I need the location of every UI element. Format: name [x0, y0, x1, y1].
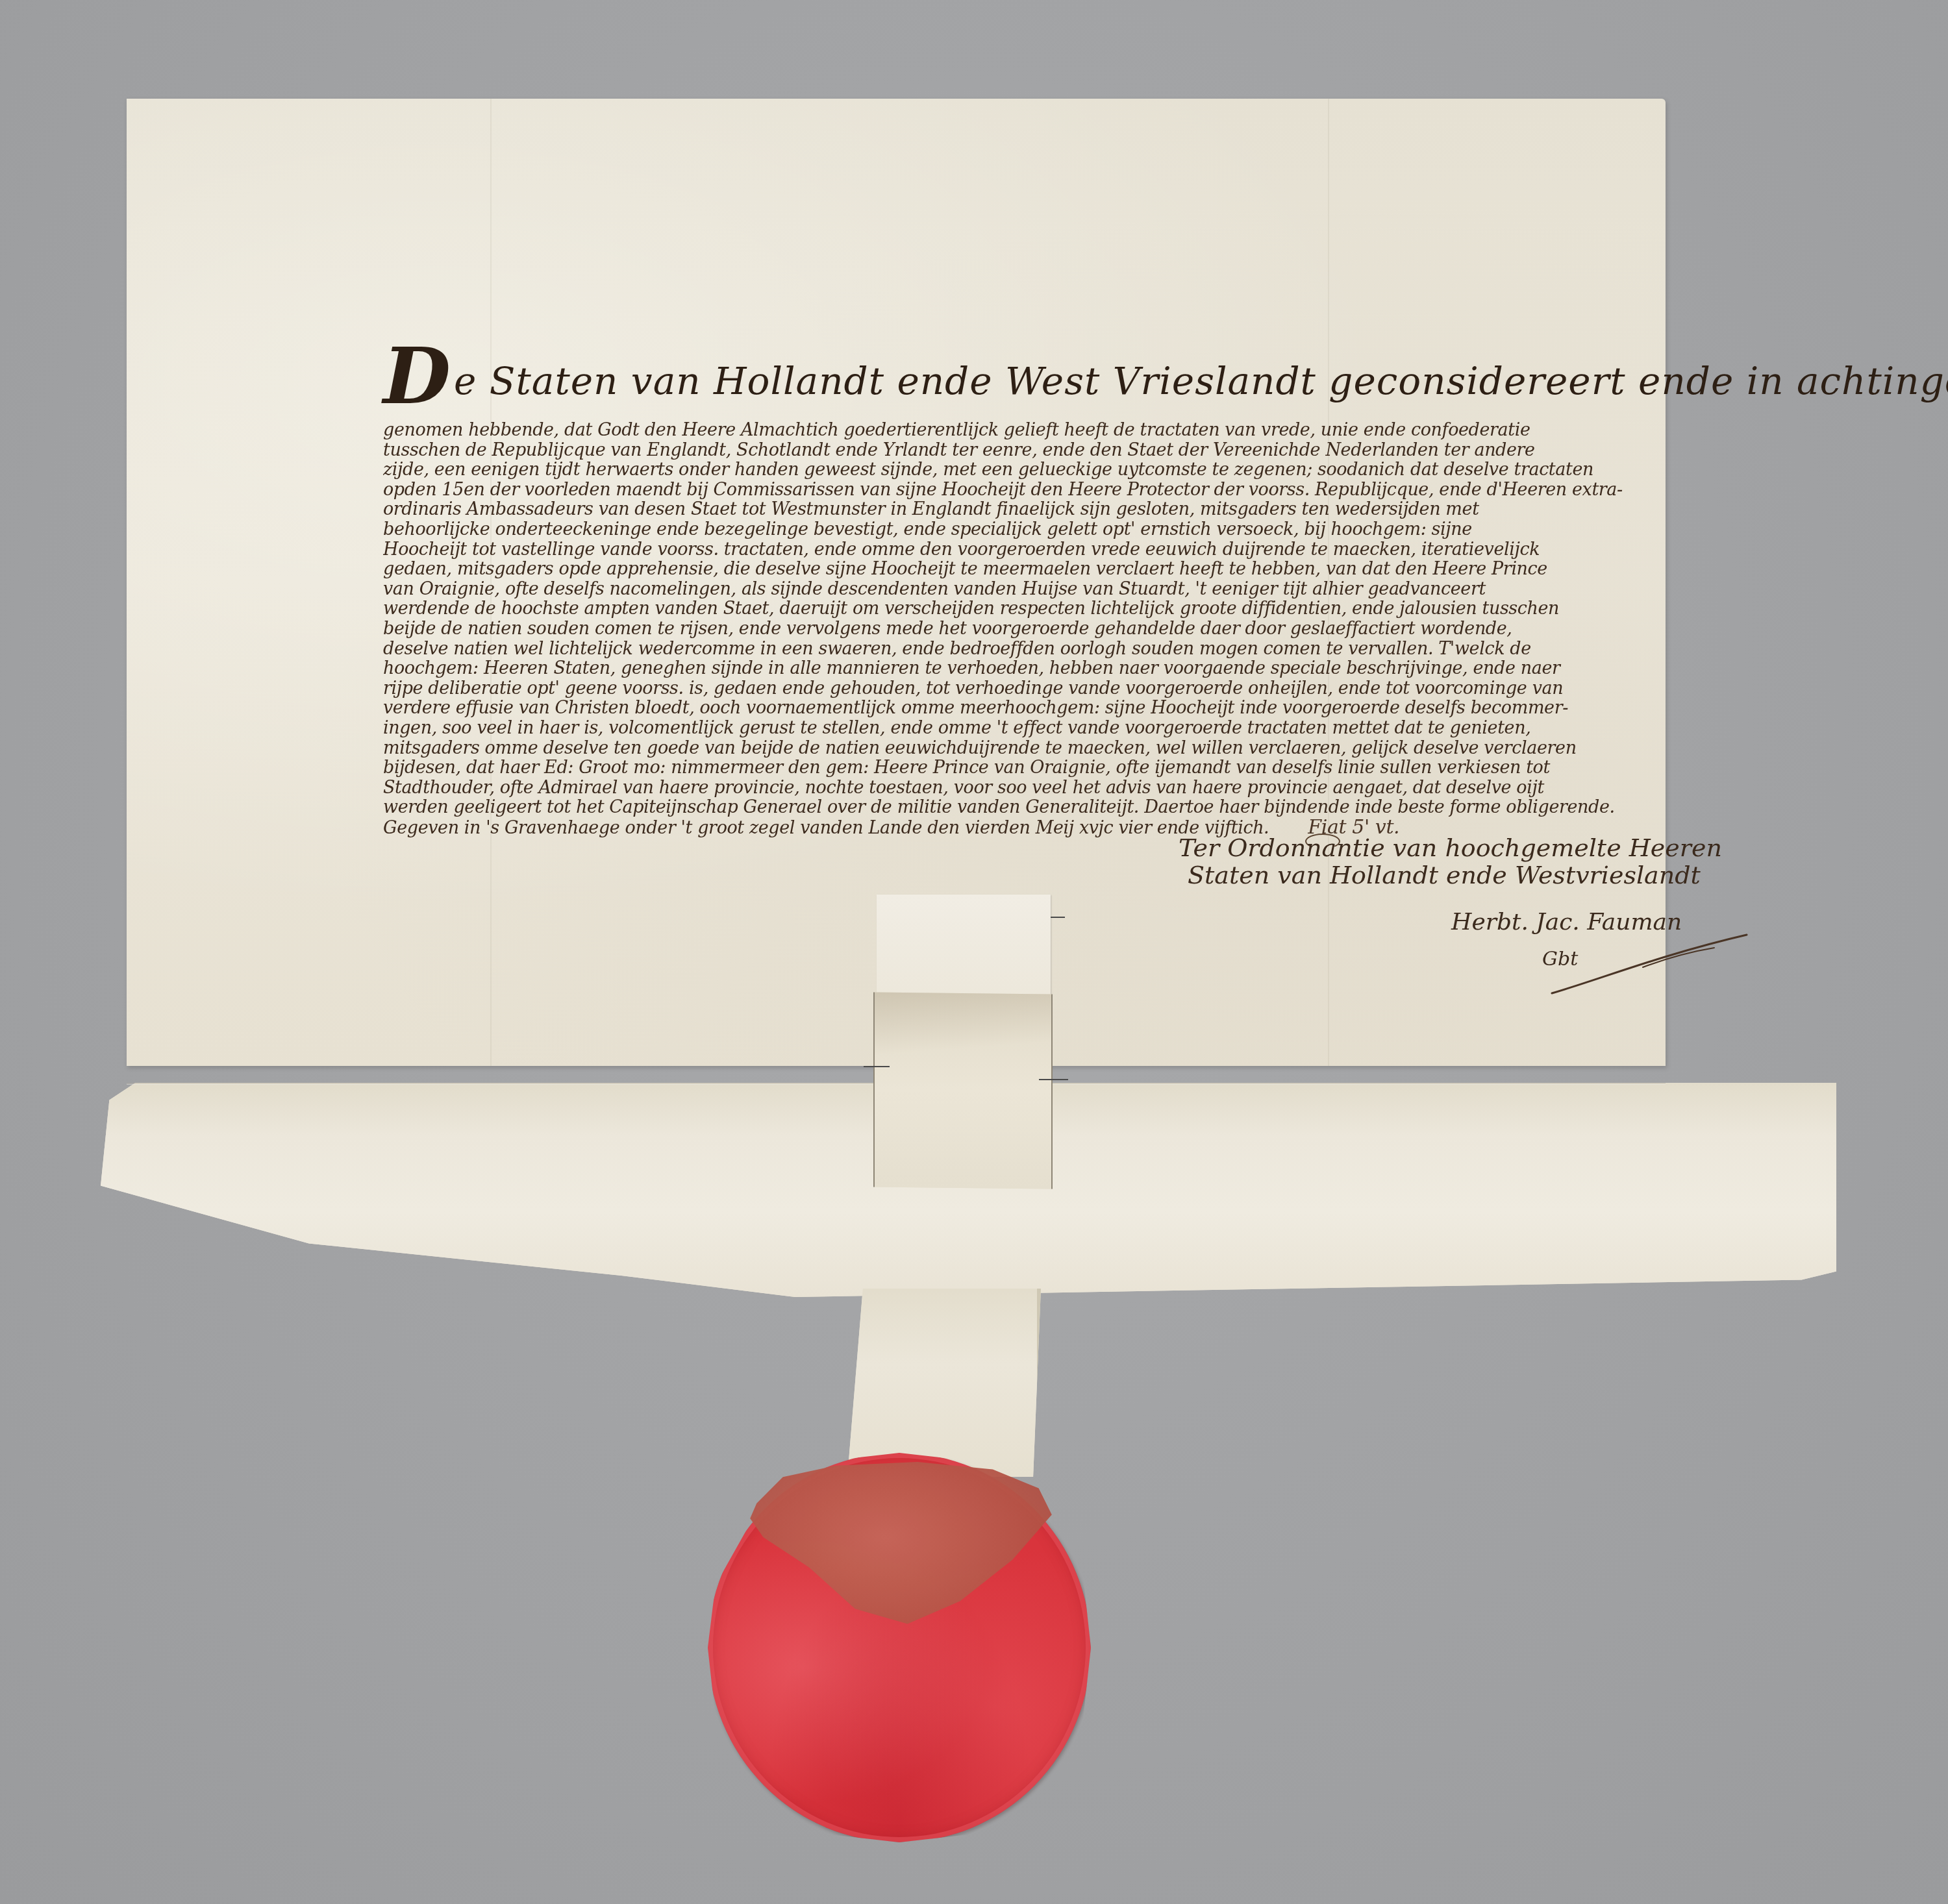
attestation-line-1: Ter Ordonnantie van hoochgemelte Heeren: [1179, 834, 1722, 861]
body-line: hoochgem: Heeren Staten, geneghen sijnde…: [383, 659, 1734, 679]
body-line: tusschen de Republijcque van Englandt, S…: [383, 441, 1734, 461]
charter-text: De Staten van Hollandt ende West Vriesla…: [383, 338, 1734, 847]
seal-tag-through-plica: [873, 993, 1053, 1189]
charter-body: genomen hebbende, dat Godt den Heere Alm…: [383, 421, 1734, 847]
body-line: mitsgaders omme deselve ten goede van be…: [383, 739, 1734, 759]
decorated-initial: D: [383, 338, 451, 415]
attestation-clause: Ter Ordonnantie van hoochgemelte Heeren …: [1179, 834, 1722, 889]
body-line: werdende de hoochste ampten vanden Staet…: [383, 599, 1734, 619]
body-line: verdere effusie van Christen bloedt, ooc…: [383, 699, 1734, 719]
body-line: beijde de natien souden comen te rijsen,…: [383, 619, 1734, 639]
body-line: deselve natien wel lichtelijck wedercomm…: [383, 639, 1734, 660]
body-line: Stadthouder, ofte Admirael van haere pro…: [383, 778, 1734, 798]
body-line: rijpe deliberatie opt' geene voorss. is,…: [383, 679, 1734, 699]
body-line: behoorlijcke onderteeckeninge ende bezeg…: [383, 520, 1734, 540]
tag-slit: [1039, 1079, 1068, 1080]
body-line: van Oraignie, ofte deselfs nacomelingen,…: [383, 580, 1734, 600]
attestation-line-2: Staten van Hollandt ende Westvrieslandt: [1188, 861, 1722, 889]
body-line: bijdesen, dat haer Ed: Groot mo: nimmerm…: [383, 758, 1734, 778]
body-line: werden geeligeert tot het Capiteijnschap…: [383, 798, 1734, 818]
seal-tag-pendant: [847, 1289, 1041, 1477]
tag-slit: [864, 1066, 890, 1067]
charter-heading: De Staten van Hollandt ende West Vriesla…: [383, 338, 1734, 415]
body-line: opden 15en der voorleden maendt bij Comm…: [383, 480, 1734, 501]
dating-clause: Gegeven in 's Gravenhaege onder 't groot…: [383, 819, 1269, 839]
body-line: ingen, soo veel in haer is, volcomentlij…: [383, 719, 1734, 739]
body-line: zijde, een eenigen tijdt herwaerts onder…: [383, 460, 1734, 480]
body-line: Hoocheijt tot vastellinge vande voorss. …: [383, 540, 1734, 560]
body-line: genomen hebbende, dat Godt den Heere Alm…: [383, 421, 1734, 441]
body-line: ordinaris Ambassadeurs van desen Staet t…: [383, 500, 1734, 520]
heading-text: e Staten van Hollandt ende West Vrieslan…: [454, 359, 1948, 403]
body-line: gedaen, mitsgaders opde apprehensie, die…: [383, 560, 1734, 580]
signature-flourish-icon: [1545, 922, 1753, 1000]
